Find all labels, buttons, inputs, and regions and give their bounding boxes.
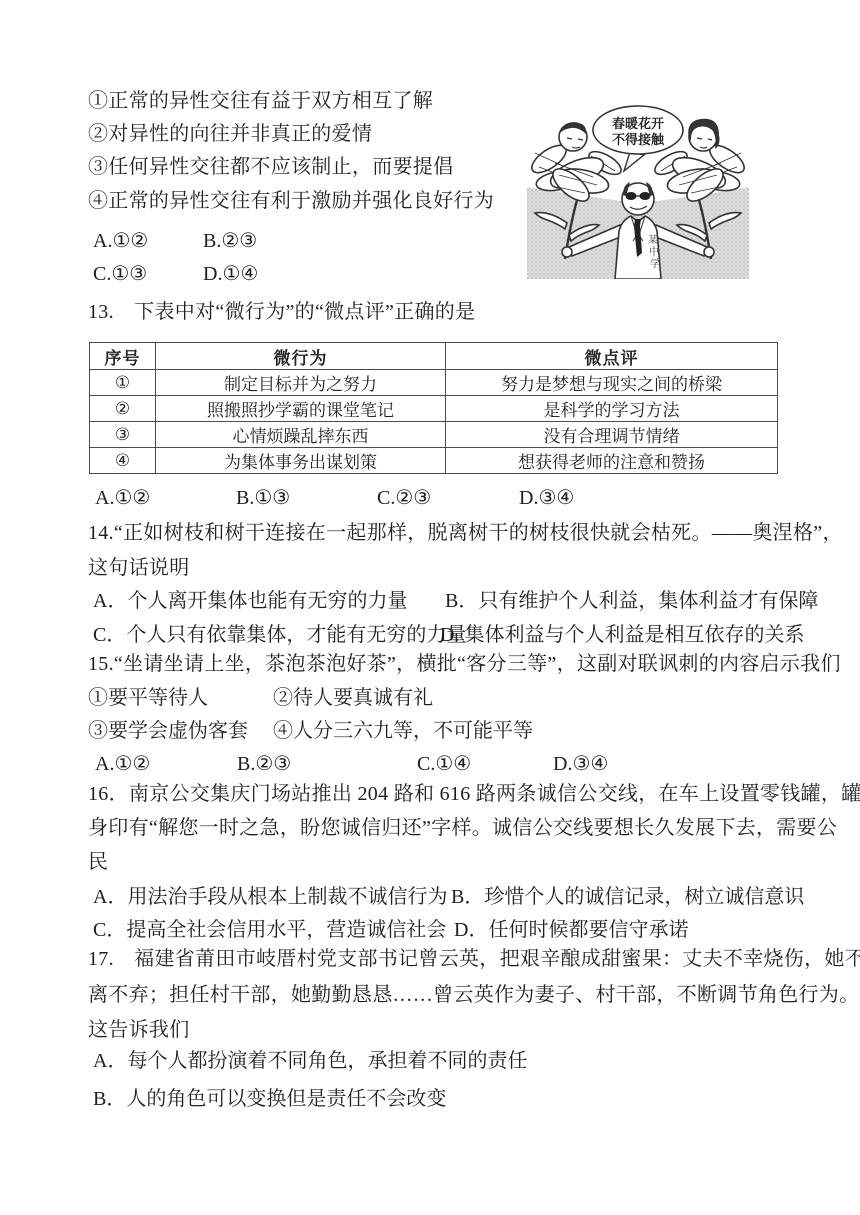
q14-option-a: A．个人离开集体也能有无穷的力量 xyxy=(93,588,407,614)
q16-stem-line1: 16．南京公交集庆门场站推出 204 路和 616 路两条诚信公交线，在车上设置… xyxy=(88,781,860,807)
q13-r4-act: 为集体事务出谋划策 xyxy=(156,448,446,474)
left-hand xyxy=(562,247,572,257)
q14-stem-line1: 14.“正如树枝和树干连接在一起那样，脱离树干的树枝很快就会枯死。——奥涅格”， xyxy=(88,520,843,546)
q13-r2-act: 照搬照抄学霸的课堂笔记 xyxy=(156,396,446,422)
q13-th-comment: 微点评 xyxy=(446,343,778,370)
svg-text:中: 中 xyxy=(649,245,659,258)
q12-statement-2: ②对异性的向往并非真正的爱情 xyxy=(88,121,372,147)
q13-r3-com: 没有合理调节情绪 xyxy=(446,422,778,448)
q13-r1-no: ① xyxy=(90,370,156,396)
q13-option-b: B.①③ xyxy=(236,485,290,511)
q14-option-b: B．只有维护个人利益，集体利益才有保障 xyxy=(445,588,818,614)
q12-statement-3: ③任何异性交往都不应该制止，而要提倡 xyxy=(88,154,453,180)
q15-option-d: D.③④ xyxy=(553,751,608,777)
q13-r4-no: ④ xyxy=(90,448,156,474)
exam-page: { "q12": { "statements": [ "①正常的异性交往有益于双… xyxy=(0,0,860,1215)
q13-th-number: 序号 xyxy=(90,343,156,370)
q15-statement-1: ①要平等待人 xyxy=(88,685,208,711)
q14-stem-line2: 这句话说明 xyxy=(88,555,190,581)
q17-stem-line2: 离不弃；担任村干部，她勤勤恳恳……曾云英作为妻子、村干部，不断调节角色行为。 xyxy=(88,982,859,1008)
q15-stem: 15.“坐请坐请上坐，茶泡茶泡好茶”，横批“客分三等”，这副对联讽刺的内容启示我… xyxy=(88,651,841,677)
q16-option-d: D．任何时候都要信守承诺 xyxy=(454,917,688,943)
q13-table-row-1: ① 制定目标并为之努力 努力是梦想与现实之间的桥梁 xyxy=(90,370,778,396)
q13-th-action: 微行为 xyxy=(156,343,446,370)
q15-option-a: A.①② xyxy=(95,751,150,777)
q17-option-a: A．每个人都扮演着不同角色，承担着不同的责任 xyxy=(93,1048,527,1074)
q12-option-a: A.①② xyxy=(93,228,148,254)
q17-stem-line3: 这告诉我们 xyxy=(88,1017,190,1043)
cartoon-svg: 某 中 学 春暖花开 不得接触 xyxy=(527,101,749,279)
cartoon-illustration: 某 中 学 春暖花开 不得接触 xyxy=(527,101,749,279)
right-hand xyxy=(704,247,714,257)
q13-option-d: D.③④ xyxy=(519,485,574,511)
q17-stem-line1: 17. 福建省莆田市岐厝村党支部书记曾云英，把艰辛酿成甜蜜果：丈夫不幸烧伤，她不 xyxy=(88,946,860,972)
q16-stem-line3: 民 xyxy=(88,849,108,875)
speech-text-line1: 春暖花开 xyxy=(612,116,664,131)
q12-statement-1: ①正常的异性交往有益于双方相互了解 xyxy=(88,88,433,114)
q16-option-a: A．用法治手段从根本上制裁不诚信行为 xyxy=(93,884,447,910)
q17-option-b: B．人的角色可以变换但是责任不会改变 xyxy=(93,1086,446,1112)
q13-r2-no: ② xyxy=(90,396,156,422)
q15-option-b: B.②③ xyxy=(237,751,291,777)
q12-option-d: D.①④ xyxy=(203,261,258,287)
q13-option-c: C.②③ xyxy=(377,485,431,511)
svg-text:学: 学 xyxy=(650,257,660,270)
q14-option-d: D. 集体利益与个人利益是相互依存的关系 xyxy=(440,622,804,648)
q13-stem: 13. 下表中对“微行为”的“微点评”正确的是 xyxy=(88,299,475,325)
q13-r2-com: 是科学的学习方法 xyxy=(446,396,778,422)
q12-option-b: B.②③ xyxy=(203,228,257,254)
q13-table-row-4: ④ 为集体事务出谋划策 想获得老师的注意和赞扬 xyxy=(90,448,778,474)
q12-statement-4: ④正常的异性交往有利于激励并强化良好行为 xyxy=(88,188,494,214)
q13-r1-com: 努力是梦想与现实之间的桥梁 xyxy=(446,370,778,396)
q16-option-b: B．珍惜个人的诚信记录，树立诚信意识 xyxy=(451,884,804,910)
q15-statement-2: ②待人要真诚有礼 xyxy=(273,685,433,711)
q13-option-a: A.①② xyxy=(95,485,150,511)
q13-r3-act: 心情烦躁乱摔东西 xyxy=(156,422,446,448)
q12-option-c: C.①③ xyxy=(93,261,147,287)
speech-text-line2: 不得接触 xyxy=(612,132,665,147)
q13-table-row-3: ③ 心情烦躁乱摔东西 没有合理调节情绪 xyxy=(90,422,778,448)
q13-r1-act: 制定目标并为之努力 xyxy=(156,370,446,396)
q16-option-c: C．提高全社会信用水平，营造诚信社会 xyxy=(93,917,446,943)
q16-stem-line2: 身印有“解您一时之急，盼您诚信归还”字样。诚信公交线要想长久发展下去，需要公 xyxy=(88,815,837,841)
q13-table-row-2: ② 照搬照抄学霸的课堂笔记 是科学的学习方法 xyxy=(90,396,778,422)
q15-statement-4: ④人分三六九等，不可能平等 xyxy=(273,718,533,744)
q14-option-c: C．个人只有依靠集体，才能有无穷的力量 xyxy=(93,622,466,648)
q15-statement-3: ③要学会虚伪客套 xyxy=(88,718,248,744)
q15-option-c: C.①④ xyxy=(417,751,471,777)
svg-text:某: 某 xyxy=(648,233,658,246)
q13-r3-no: ③ xyxy=(90,422,156,448)
q13-table-header-row: 序号 微行为 微点评 xyxy=(90,343,778,370)
q13-r4-com: 想获得老师的注意和赞扬 xyxy=(446,448,778,474)
q13-table: 序号 微行为 微点评 ① 制定目标并为之努力 努力是梦想与现实之间的桥梁 ② 照… xyxy=(89,342,778,474)
